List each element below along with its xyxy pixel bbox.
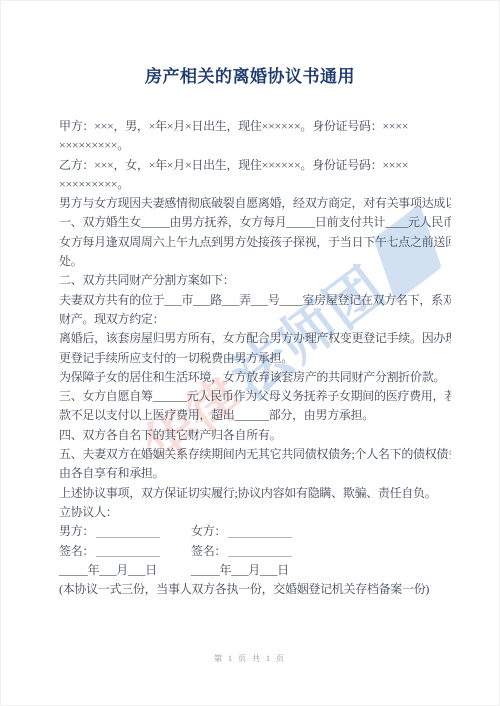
signature-sign-row: 签名： 签名： — [59, 542, 451, 561]
female-party-label: 女方： — [191, 522, 226, 541]
document-title: 房产相关的离婚协议书通用 — [1, 62, 499, 87]
document-page: 华律 法师团 房产相关的离婚协议书通用 甲方：×××，男，×年×月×日出生，现住… — [0, 0, 500, 706]
body-line: 四、双方各自名下的其它财产归各自所有。 — [59, 426, 451, 445]
female-date-blank: _____年___月___日 — [191, 561, 289, 580]
signature-party-row: 男方： 女方： — [59, 522, 451, 541]
male-party-label: 男方： — [59, 522, 94, 541]
body-line: ×××××××××。 — [59, 136, 451, 155]
body-line: 女方每月逢双周周六上午九点到男方处接孩子探视，于当日下午七点之前送回男方住 — [59, 233, 451, 252]
male-sign-label: 签名： — [59, 542, 94, 561]
body-line: 一、双方婚生女_____由男方抚养，女方每月_____日前支付共计____元人民… — [59, 213, 451, 232]
body-line: 立协议人： — [59, 503, 451, 522]
body-line: 夫妻双方共有的位于___市___路___弄___号____室房屋登记在双方名下，… — [59, 291, 451, 310]
female-sign-label: 签名： — [191, 542, 226, 561]
female-party-blank-line — [228, 526, 292, 538]
body-line: 处。 — [59, 252, 451, 271]
page-number-footer: 第 1 页 共 1 页 — [1, 653, 499, 664]
copies-note: (本协议一式三份，当事人双方各执一份，交婚姻登记机关存档备案一份) — [59, 580, 451, 599]
body-line: 乙方：×××，女，×年×月×日出生，现住××××××。身份证号码：×××× — [59, 156, 451, 175]
body-line: 为保障子女的居住和生活环境，女方放弃该套房产的共同财产分割折价款。 — [59, 368, 451, 387]
body-line: 更登记手续所应支付的一切税费由男方承担。 — [59, 349, 451, 368]
body-line: 财产。现双方约定： — [59, 310, 451, 329]
body-line: 男方与女方现因夫妻感情彻底破裂自愿离婚，经双方商定，对有关事项达成以下协议： — [59, 194, 451, 213]
body-line: 三、女方自愿自筹______元人民币作为父母义务抚养子女期间的医疗费用，若以上钱 — [59, 387, 451, 406]
body-line: 款不足以支付以上医疗费用，超出______部分，由男方承担。 — [59, 406, 451, 425]
male-date-blank: _____年___月___日 — [59, 561, 157, 580]
male-party-blank-line — [96, 526, 160, 538]
body-line: 上述协议事项，双方保证切实履行;协议内容如有隐瞒、欺骗、责任自负。 — [59, 484, 451, 503]
body-line: 甲方：×××，男，×年×月×日出生，现住××××××。身份证号码：×××× — [59, 117, 451, 136]
body-line: 由各自享有和承担。 — [59, 464, 451, 483]
body-lines: 甲方：×××，男，×年×月×日出生，现住××××××。身份证号码：×××××××… — [59, 117, 451, 599]
body-line: 离婚后，该套房屋归男方所有，女方配合男方办理产权变更登记手续。因办理产权变 — [59, 329, 451, 348]
body-line: ×××××××××。 — [59, 175, 451, 194]
male-sign-blank-line — [96, 545, 160, 557]
body-line: 二、双方共同财产分割方案如下： — [59, 271, 451, 290]
female-sign-blank-line — [228, 545, 292, 557]
body-line: 五、夫妻双方在婚姻关系存续期间内无其它共同债权债务;个人名下的债权债务离婚后 — [59, 445, 451, 464]
signature-date-row: _____年___月___日 _____年___月___日 — [59, 561, 451, 580]
